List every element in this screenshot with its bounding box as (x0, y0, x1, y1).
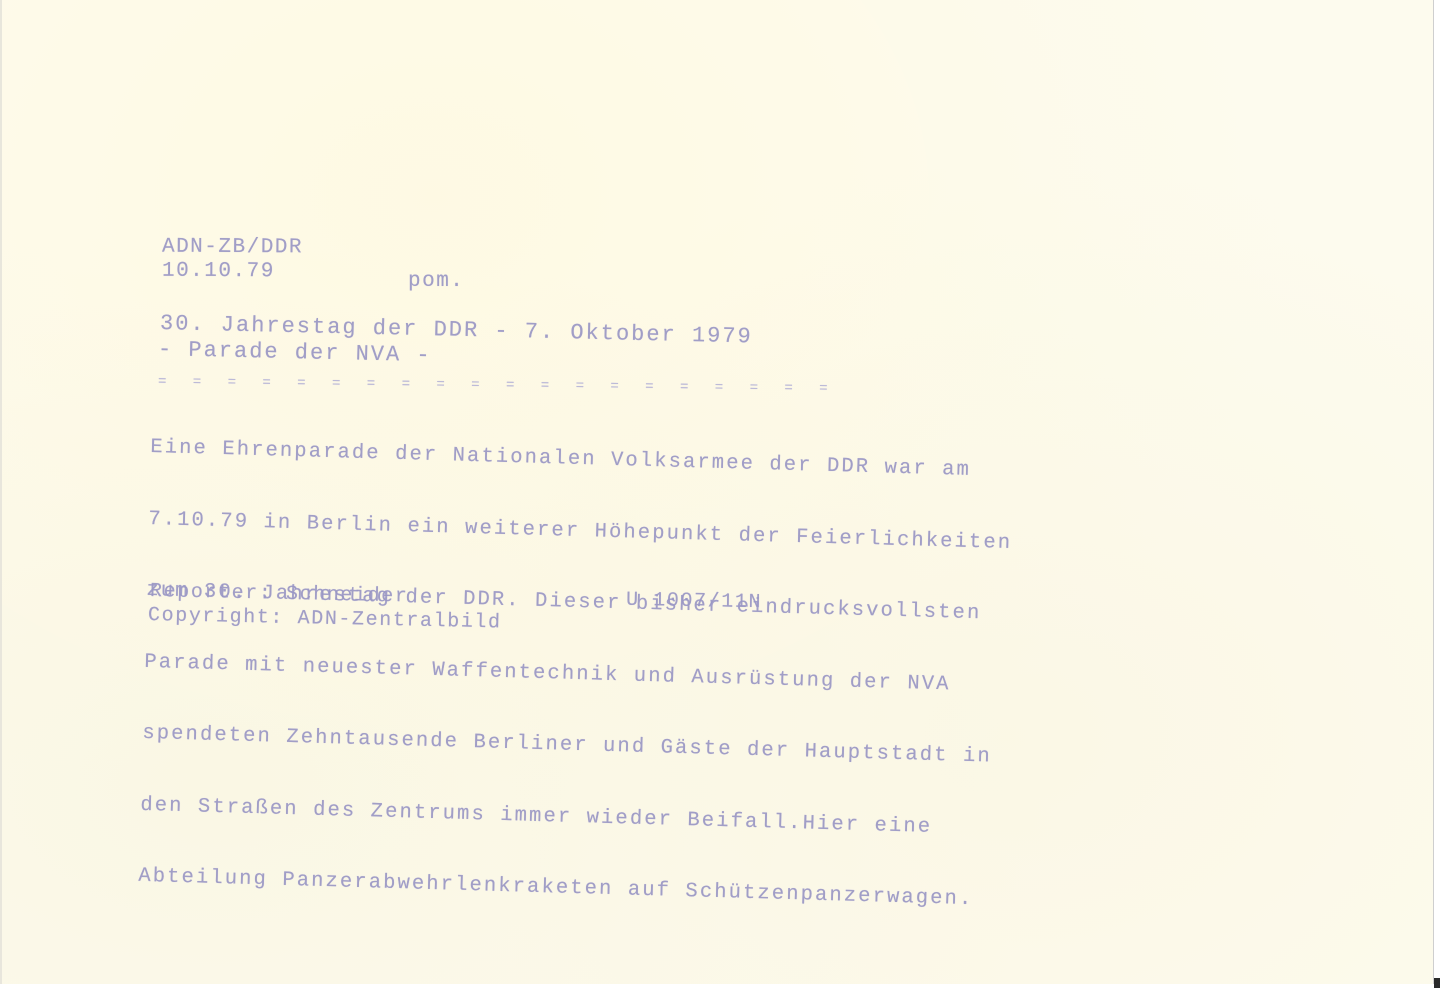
agency-stamp: ADN-ZB/DDR (162, 236, 303, 261)
scan-edge-right (1433, 0, 1440, 988)
caption-line: spendeten Zehntausende Berliner und Gäst… (142, 722, 1006, 770)
caption-subtitle: - Parade der NVA - (158, 338, 432, 368)
scan-edge-bottom (0, 984, 1440, 988)
caption-line: Parade mit neuester Waffentechnik und Au… (144, 650, 1008, 698)
caption-line: 7.10.79 in Berlin ein weiterer Höhepunkt… (148, 507, 1012, 555)
photo-back-paper: ADN-ZB/DDR 10.10.79 pom. 30. Jahrestag d… (0, 0, 1436, 984)
caption-body: Eine Ehrenparade der Nationalen Volksarm… (137, 388, 1016, 960)
caption-line: Abteilung Panzerabwehrlenkraketen auf Sc… (138, 865, 1002, 913)
scan-corner (1434, 978, 1440, 988)
caption-line: Eine Ehrenparade der Nationalen Volksarm… (150, 436, 1014, 484)
author-code: pom. (408, 270, 464, 294)
reference-number: U 1007/11N (626, 589, 762, 615)
date-stamp: 10.10.79 (162, 260, 275, 285)
caption-line: den Straßen des Zentrums immer wieder Be… (140, 793, 1004, 841)
